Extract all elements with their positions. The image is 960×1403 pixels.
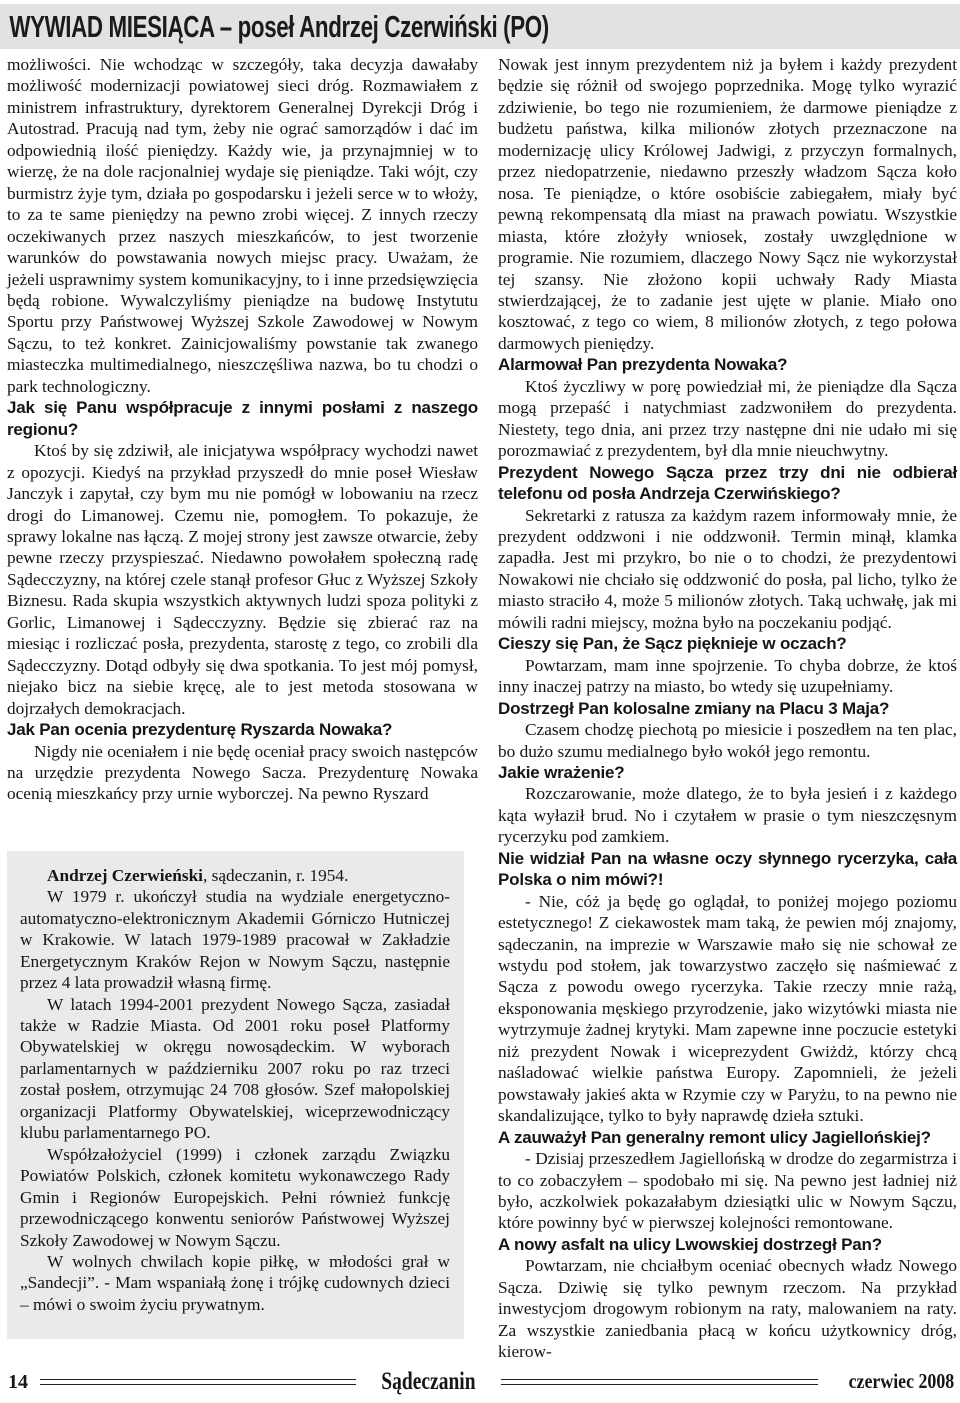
left-column: możliwości. Nie wchodząc w szczegóły, ta… (7, 54, 478, 1363)
footer-rule-left (40, 1379, 356, 1385)
page-footer: 14 Sądeczanin czerwiec 2008 (8, 1369, 954, 1394)
bio-name-suffix: , sądeczanin, r. 1954. (203, 866, 348, 885)
interview-answer: Rozczarowanie, może dlatego, że to była … (498, 783, 957, 847)
interview-question: Prezydent Nowego Sącza przez trzy dni ni… (498, 462, 957, 505)
interview-question: Jak się Panu współpracuje z innymi posła… (7, 397, 478, 440)
interview-question: A nowy asfalt na ulicy Lwowskiej dostrze… (498, 1234, 957, 1255)
bio-paragraph: W latach 1994-2001 prezydent Nowego Sącz… (20, 994, 450, 1144)
page-title: WYWIAD MIESIĄCA – poseł Andrzej Czerwińs… (0, 9, 549, 45)
interview-answer: Powtarzam, nie chciałbym oceniać obecnyc… (498, 1255, 957, 1362)
interview-question: Cieszy się Pan, że Sącz pięknieje w ocza… (498, 633, 957, 654)
interview-answer: Ktoś by się zdziwił, ale inicjatywa wspó… (7, 440, 478, 719)
bio-paragraph: Współzałożyciel (1999) i członek zarządu… (20, 1144, 450, 1251)
footer-rule-right (501, 1379, 817, 1385)
interview-answer: - Dzisiaj przeszedłem Jagiellońską w dro… (498, 1148, 957, 1234)
article-body: możliwości. Nie wchodząc w szczegóły, ta… (7, 54, 957, 1363)
interview-answer: - Nie, cóż ja będę go oglądał, to poniże… (498, 891, 957, 1127)
interview-answer: Nigdy nie oceniałem i nie będę oceniał p… (7, 741, 478, 805)
interview-answer: Czasem chodzę piechotą po miesicie i pos… (498, 719, 957, 762)
page-header: WYWIAD MIESIĄCA – poseł Andrzej Czerwińs… (0, 4, 960, 49)
interview-question: Jakie wrażenie? (498, 762, 957, 783)
interview-question: Nie widział Pan na własne oczy słynnego … (498, 848, 957, 891)
right-column: Nowak jest innym prezydentem niż ja byłe… (498, 54, 957, 1363)
page-number: 14 (8, 1372, 28, 1392)
interview-answer: Sekretarki z ratusza za każdym razem inf… (498, 505, 957, 634)
interview-question: Alarmował Pan prezydenta Nowaka? (498, 354, 957, 375)
bio-paragraph: W wolnych chwilach kopie piłkę, w młodoś… (20, 1251, 450, 1315)
interview-question: Dostrzegł Pan kolosalne zmiany na Placu … (498, 698, 957, 719)
magazine-name: Sądeczanin (382, 1369, 476, 1394)
interview-answer: Powtarzam, mam inne spojrzenie. To chyba… (498, 655, 957, 698)
interview-question: Jak Pan ocenia prezydenturę Ryszarda Now… (7, 719, 478, 740)
magazine-page: WYWIAD MIESIĄCA – poseł Andrzej Czerwińs… (0, 0, 960, 1403)
bio-info-box: Andrzej Czerwieński, sądeczanin, r. 1954… (7, 851, 464, 1340)
bio-paragraph: W 1979 r. ukończył studia na wydziale en… (20, 886, 450, 993)
body-paragraph: Nowak jest innym prezydentem niż ja byłe… (498, 54, 957, 354)
interview-question: A zauważył Pan generalny remont ulicy Ja… (498, 1127, 957, 1148)
interview-answer: Ktoś życzliwy w porę powiedział mi, że p… (498, 376, 957, 462)
bio-title-line: Andrzej Czerwieński, sądeczanin, r. 1954… (20, 865, 450, 886)
issue-date: czerwiec 2008 (848, 1371, 954, 1392)
body-paragraph: możliwości. Nie wchodząc w szczegóły, ta… (7, 54, 478, 397)
bio-name: Andrzej Czerwieński (47, 866, 203, 885)
